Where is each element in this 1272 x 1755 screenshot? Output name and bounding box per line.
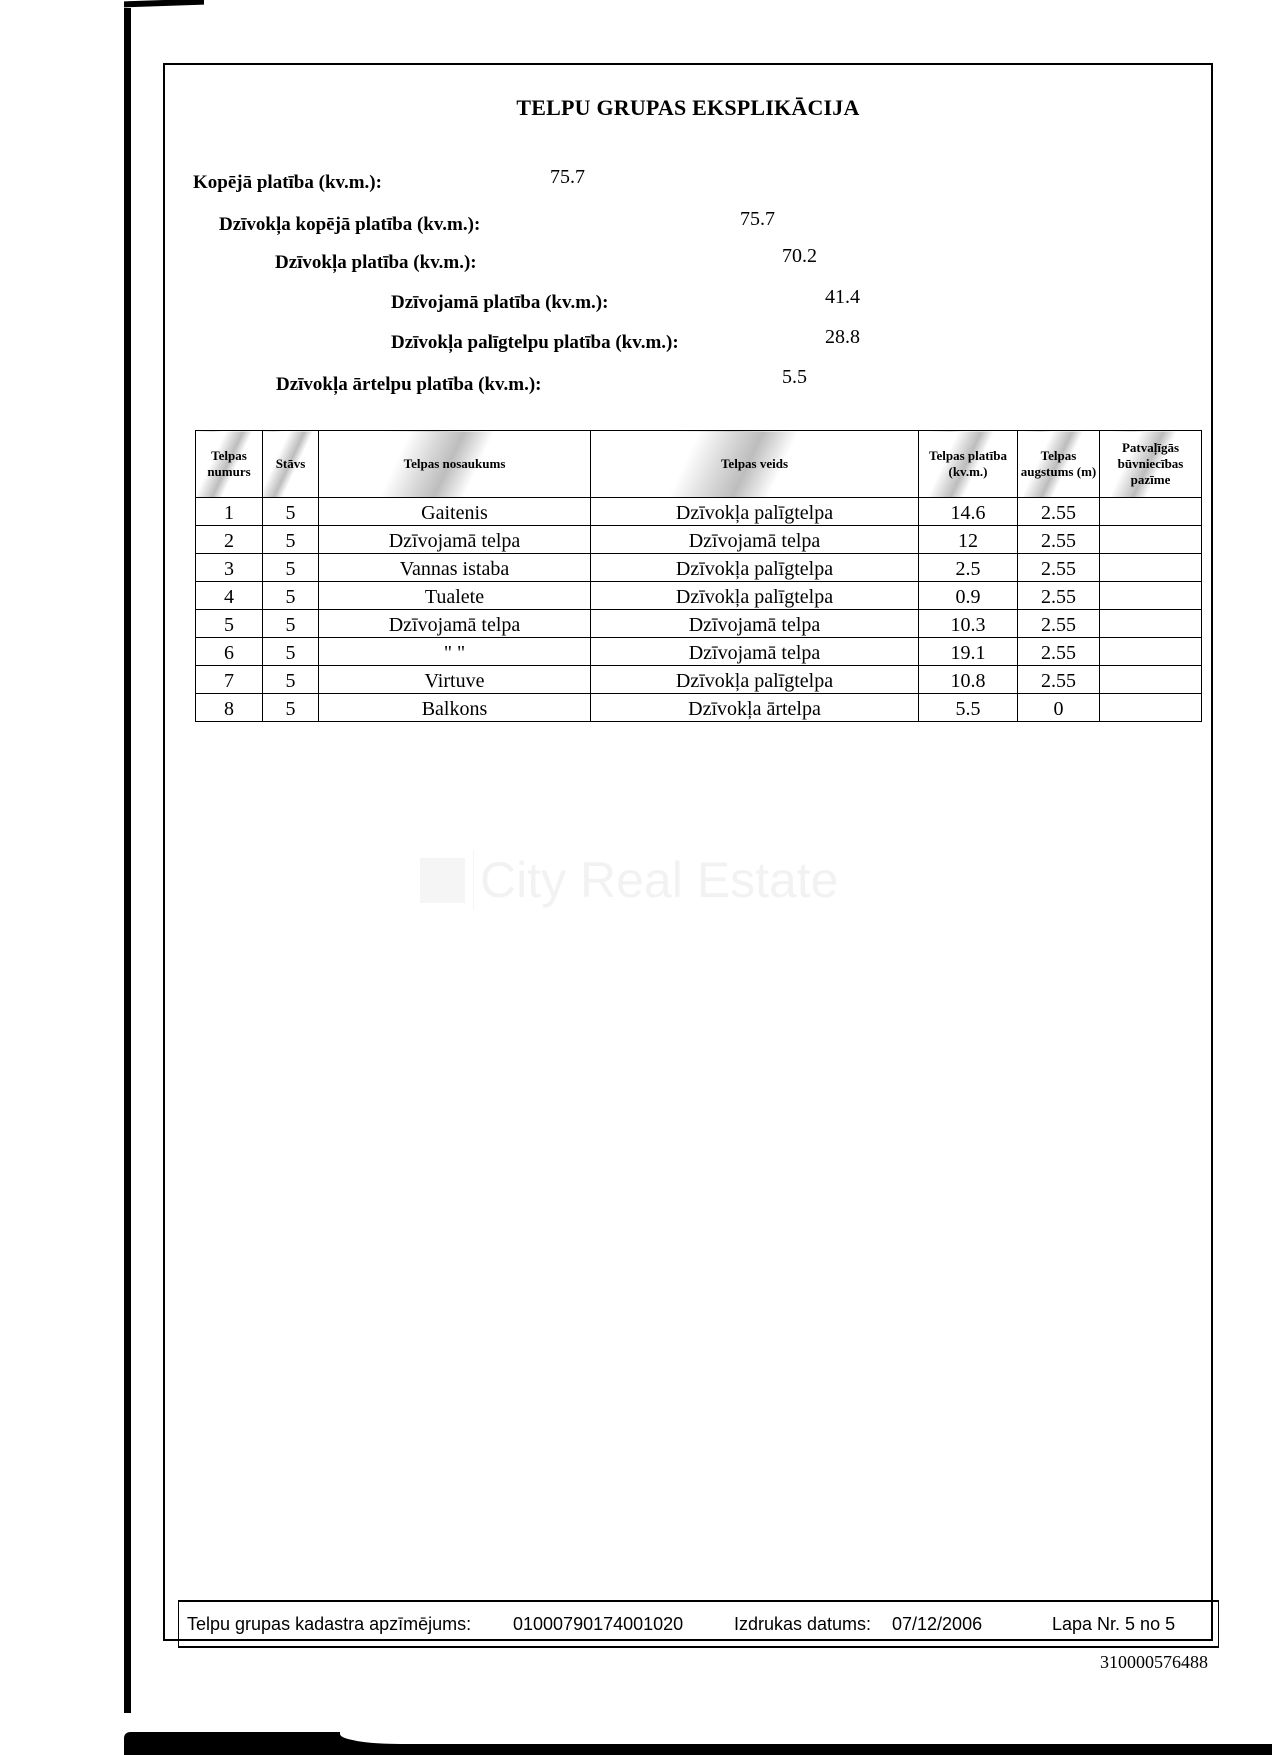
- cell-unauthorized-construction: [1100, 554, 1202, 582]
- table-row: 45TualeteDzīvokļa palīgtelpa0.92.55: [196, 582, 1202, 610]
- summary-label-apartment-area: Dzīvokļa platība (kv.m.):: [275, 252, 477, 274]
- cell-room-area: 10.8: [919, 666, 1018, 694]
- header-room-type: Telpas veids: [591, 431, 919, 498]
- cell-floor: 5: [263, 666, 319, 694]
- cell-room-type: Dzīvokļa palīgtelpa: [591, 554, 919, 582]
- cell-floor: 5: [263, 582, 319, 610]
- cell-room-area: 10.3: [919, 610, 1018, 638]
- header-unauthorized-construction: Patvaļīgās būvniecības pazīme: [1100, 431, 1202, 498]
- header-room-height: Telpas augstums (m): [1018, 431, 1100, 498]
- cell-room-number: 2: [196, 526, 263, 554]
- cell-room-height: 2.55: [1018, 554, 1100, 582]
- table-row: 65" "Dzīvojamā telpa19.12.55: [196, 638, 1202, 666]
- cell-room-number: 3: [196, 554, 263, 582]
- footer-cadastre-value: 01000790174001020: [513, 1614, 683, 1635]
- watermark-text: City Real Estate: [480, 851, 838, 909]
- cell-room-name: " ": [319, 638, 591, 666]
- table-row: 85BalkonsDzīvokļa ārtelpa5.50: [196, 694, 1202, 722]
- cell-room-number: 4: [196, 582, 263, 610]
- cell-room-height: 0: [1018, 694, 1100, 722]
- cell-unauthorized-construction: [1100, 694, 1202, 722]
- footer-print-date-value: 07/12/2006: [892, 1614, 982, 1635]
- cell-floor: 5: [263, 526, 319, 554]
- cell-unauthorized-construction: [1100, 638, 1202, 666]
- table-row: 35Vannas istabaDzīvokļa palīgtelpa2.52.5…: [196, 554, 1202, 582]
- cell-room-area: 2.5: [919, 554, 1018, 582]
- summary-label-living-area: Dzīvojamā platība (kv.m.):: [391, 292, 608, 314]
- summary-value-apartment-total-area: 75.7: [740, 208, 775, 231]
- summary-value-auxiliary-area: 28.8: [825, 326, 860, 349]
- cell-room-name: Dzīvojamā telpa: [319, 526, 591, 554]
- cell-room-height: 2.55: [1018, 610, 1100, 638]
- cell-room-area: 19.1: [919, 638, 1018, 666]
- summary-label-total-area: Kopējā platība (kv.m.):: [193, 172, 382, 194]
- cell-room-area: 14.6: [919, 498, 1018, 526]
- table-row: 25Dzīvojamā telpaDzīvojamā telpa122.55: [196, 526, 1202, 554]
- document-title: TELPU GRUPAS EKSPLIKĀCIJA: [163, 95, 1213, 121]
- header-room-name: Telpas nosaukums: [319, 431, 591, 498]
- scan-edge-top: [124, 0, 204, 7]
- cell-room-number: 8: [196, 694, 263, 722]
- cell-room-height: 2.55: [1018, 666, 1100, 694]
- cell-room-number: 1: [196, 498, 263, 526]
- cell-room-type: Dzīvokļa palīgtelpa: [591, 498, 919, 526]
- cell-room-height: 2.55: [1018, 498, 1100, 526]
- cell-room-type: Dzīvokļa palīgtelpa: [591, 582, 919, 610]
- summary-label-outdoor-area: Dzīvokļa ārtelpu platība (kv.m.):: [276, 374, 541, 396]
- cell-unauthorized-construction: [1100, 610, 1202, 638]
- header-floor: Stāvs: [263, 431, 319, 498]
- cell-room-name: Balkons: [319, 694, 591, 722]
- cell-floor: 5: [263, 498, 319, 526]
- watermark: City Real Estate: [420, 850, 838, 910]
- table-header-row: Telpas numurs Stāvs Telpas nosaukums Tel…: [196, 431, 1202, 498]
- cell-floor: 5: [263, 610, 319, 638]
- cell-floor: 5: [263, 694, 319, 722]
- document-number: 310000576488: [1100, 1652, 1208, 1673]
- header-room-area: Telpas platība (kv.m.): [919, 431, 1018, 498]
- cell-unauthorized-construction: [1100, 666, 1202, 694]
- cell-room-type: Dzīvokļa ārtelpa: [591, 694, 919, 722]
- cell-room-area: 0.9: [919, 582, 1018, 610]
- cell-room-name: Gaitenis: [319, 498, 591, 526]
- summary-value-living-area: 41.4: [825, 286, 860, 309]
- cell-room-height: 2.55: [1018, 582, 1100, 610]
- table-row: 75VirtuveDzīvokļa palīgtelpa10.82.55: [196, 666, 1202, 694]
- cell-room-area: 12: [919, 526, 1018, 554]
- cell-room-type: Dzīvojamā telpa: [591, 526, 919, 554]
- summary-value-outdoor-area: 5.5: [782, 366, 807, 389]
- footer: Telpu grupas kadastra apzīmējums: 010007…: [178, 1600, 1219, 1648]
- cell-unauthorized-construction: [1100, 526, 1202, 554]
- cell-room-number: 7: [196, 666, 263, 694]
- watermark-divider: [473, 850, 474, 910]
- scan-edge-left: [124, 8, 131, 1713]
- scan-edge-bottom-curve: [340, 1732, 1272, 1744]
- summary-label-auxiliary-area: Dzīvokļa palīgtelpu platība (kv.m.):: [391, 332, 679, 354]
- summary-value-apartment-area: 70.2: [782, 245, 817, 268]
- cell-floor: 5: [263, 554, 319, 582]
- watermark-logo-icon: [420, 858, 465, 903]
- summary-label-apartment-total-area: Dzīvokļa kopējā platība (kv.m.):: [219, 214, 480, 236]
- table-row: 15GaitenisDzīvokļa palīgtelpa14.62.55: [196, 498, 1202, 526]
- footer-page-number: Lapa Nr. 5 no 5: [1052, 1614, 1175, 1635]
- cell-unauthorized-construction: [1100, 498, 1202, 526]
- footer-cadastre-label: Telpu grupas kadastra apzīmējums:: [187, 1614, 471, 1635]
- cell-room-name: Vannas istaba: [319, 554, 591, 582]
- table-row: 55Dzīvojamā telpaDzīvojamā telpa10.32.55: [196, 610, 1202, 638]
- cell-room-name: Virtuve: [319, 666, 591, 694]
- cell-room-number: 5: [196, 610, 263, 638]
- cell-room-type: Dzīvokļa palīgtelpa: [591, 666, 919, 694]
- cell-floor: 5: [263, 638, 319, 666]
- cell-room-height: 2.55: [1018, 526, 1100, 554]
- cell-room-type: Dzīvojamā telpa: [591, 610, 919, 638]
- cell-room-number: 6: [196, 638, 263, 666]
- header-room-number: Telpas numurs: [196, 431, 263, 498]
- cell-room-name: Tualete: [319, 582, 591, 610]
- cell-room-name: Dzīvojamā telpa: [319, 610, 591, 638]
- rooms-table: Telpas numurs Stāvs Telpas nosaukums Tel…: [195, 430, 1202, 722]
- cell-room-area: 5.5: [919, 694, 1018, 722]
- cell-room-height: 2.55: [1018, 638, 1100, 666]
- footer-print-date-label: Izdrukas datums:: [734, 1614, 871, 1635]
- summary-value-total-area: 75.7: [550, 166, 585, 189]
- cell-unauthorized-construction: [1100, 582, 1202, 610]
- cell-room-type: Dzīvojamā telpa: [591, 638, 919, 666]
